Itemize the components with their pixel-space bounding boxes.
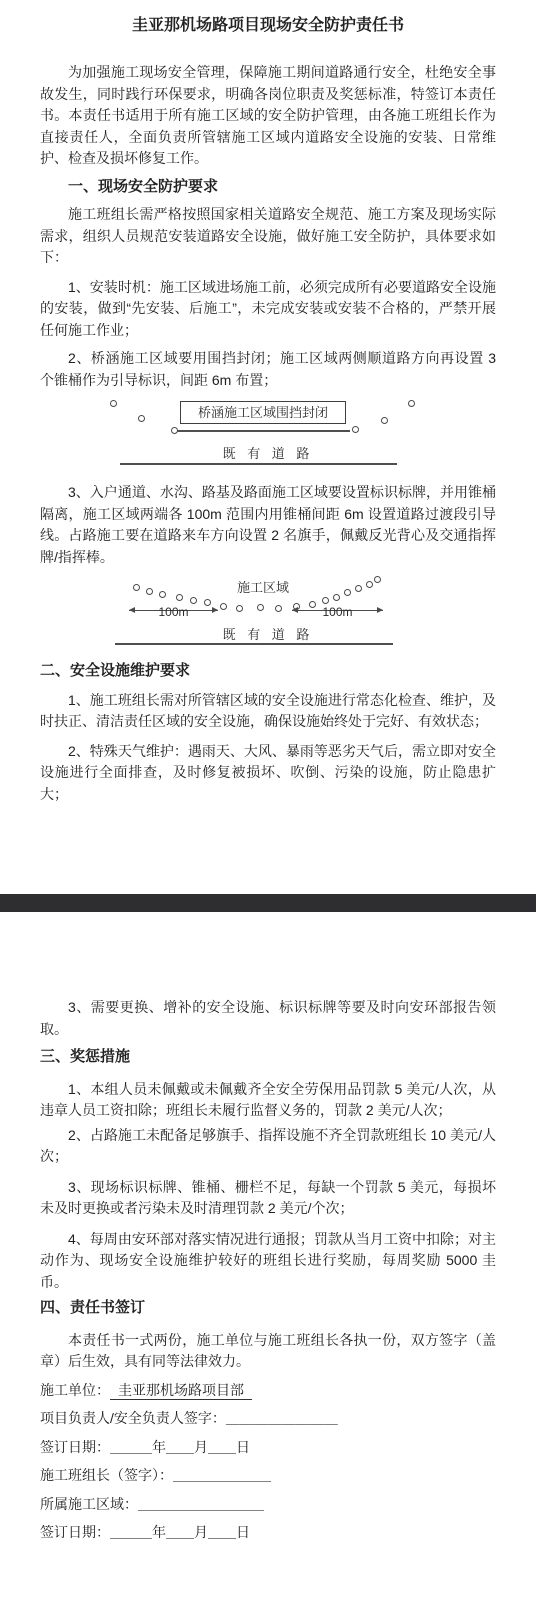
page-break-separator bbox=[0, 894, 536, 912]
traffic-cone-icon bbox=[333, 594, 340, 601]
section-4-heading: 四、责任书签订 bbox=[40, 1297, 496, 1319]
fence-baseline bbox=[177, 430, 350, 432]
traffic-cone-icon bbox=[110, 400, 117, 407]
manager-label: 项目负责人/安全负责人签字： bbox=[40, 1410, 226, 1426]
traffic-cone-icon bbox=[275, 605, 282, 612]
work-area-label: 施工区域 bbox=[237, 577, 289, 599]
section-4-intro: 本责任书一式两份，施工单位与施工班组长各执一份，双方签字（盖章）后生效，具有同等… bbox=[40, 1330, 496, 1373]
intro-paragraph: 为加强施工现场安全管理，保障施工期间道路通行安全，杜绝安全事故发生，同时践行环保… bbox=[40, 62, 496, 170]
date1-label: 签订日期： bbox=[40, 1439, 110, 1455]
section-3-heading: 三、奖惩措施 bbox=[40, 1046, 496, 1068]
traffic-cone-icon bbox=[352, 426, 359, 433]
signature-row-date-1: 签订日期：＿＿＿年＿＿月＿＿日 bbox=[40, 1437, 496, 1459]
signature-row-unit: 施工单位：圭亚那机场路项目部 bbox=[40, 1380, 496, 1402]
traffic-cone-icon bbox=[220, 603, 227, 610]
bridge-closure-diagram: 桥涵施工区域围挡封闭 既 有 道 路 bbox=[40, 391, 496, 471]
section-1-heading: 一、现场安全防护要求 bbox=[40, 176, 496, 198]
signature-row-date-2: 签订日期：＿＿＿年＿＿月＿＿日 bbox=[40, 1522, 496, 1544]
leader-label: 施工班组长（签字）： bbox=[40, 1467, 173, 1483]
traffic-cone-icon bbox=[146, 588, 153, 595]
section-1-item-2: 2、桥涵施工区域要用围挡封闭；施工区域两侧顺道路方向再设置 3 个锥桶作为引导标… bbox=[40, 348, 496, 391]
signature-row-area: 所属施工区域：＿＿＿＿＿＿＿＿＿ bbox=[40, 1494, 496, 1516]
existing-road-line bbox=[115, 643, 393, 645]
leader-blank: ＿＿＿＿＿＿＿ bbox=[173, 1467, 271, 1483]
existing-road-label: 既 有 道 路 bbox=[40, 443, 496, 465]
section-3-item-1: 1、本组人员未佩戴或未佩戴齐全安全劳保用品罚款 5 美元/人次，从违章人员工资扣… bbox=[40, 1079, 496, 1122]
traffic-cone-icon bbox=[138, 415, 145, 422]
area-label: 所属施工区域： bbox=[40, 1496, 138, 1512]
unit-value: 圭亚那机场路项目部 bbox=[110, 1382, 252, 1400]
unit-label: 施工单位： bbox=[40, 1382, 110, 1398]
section-2-heading: 二、安全设施维护要求 bbox=[40, 660, 496, 682]
right-distance-label: 100m bbox=[292, 602, 383, 624]
date1-blank: ＿＿＿年＿＿月＿＿日 bbox=[110, 1439, 250, 1455]
document-title: 圭亚那机场路项目现场安全防护责任书 bbox=[40, 14, 496, 38]
section-3-item-3: 3、现场标识标牌、锥桶、栅栏不足，每缺一个罚款 5 美元，每损坏未及时更换或者污… bbox=[40, 1177, 496, 1220]
area-blank: ＿＿＿＿＿＿＿＿＿ bbox=[138, 1496, 264, 1512]
section-2-item-3: 3、需要更换、增补的安全设施、标识标牌等要及时向安环部报告领取。 bbox=[40, 997, 496, 1040]
traffic-cone-icon bbox=[133, 584, 140, 591]
section-3-item-4: 4、每周由安环部对落实情况进行通报；罚款从当月工资中扣除；对主动作为、现场安全设… bbox=[40, 1229, 496, 1294]
signature-row-manager: 项目负责人/安全负责人签字：＿＿＿＿＿＿＿＿ bbox=[40, 1408, 496, 1430]
signature-row-leader: 施工班组长（签字）：＿＿＿＿＿＿＿ bbox=[40, 1465, 496, 1487]
traffic-cone-icon bbox=[374, 576, 381, 583]
section-2-item-2: 2、特殊天气维护：遇雨天、大风、暴雨等恶劣天气后，需立即对安全设施进行全面排查，… bbox=[40, 741, 496, 806]
section-3-item-2: 2、占路施工未配备足够旗手、指挥设施不齐全罚款班组长 10 美元/人次； bbox=[40, 1125, 496, 1168]
traffic-cone-icon bbox=[176, 594, 183, 601]
traffic-cone-icon bbox=[408, 400, 415, 407]
manager-blank: ＿＿＿＿＿＿＿＿ bbox=[226, 1410, 338, 1426]
section-1-intro: 施工班组长需严格按照国家相关道路安全规范、施工方案及现场实际需求，组织人员规范安… bbox=[40, 204, 496, 269]
traffic-cone-icon bbox=[159, 591, 166, 598]
traffic-cone-icon bbox=[344, 589, 351, 596]
cone-taper-diagram: 施工区域 100m 100m 既 有 道 路 bbox=[40, 571, 496, 647]
section-1-item-3: 3、入户通道、水沟、路基及路面施工区域要设置标识标牌，并用锥桶隔离，施工区域两端… bbox=[40, 482, 496, 568]
traffic-cone-icon bbox=[381, 417, 388, 424]
date2-blank: ＿＿＿年＿＿月＿＿日 bbox=[110, 1524, 250, 1540]
fence-box-label: 桥涵施工区域围挡封闭 bbox=[180, 401, 346, 424]
date2-label: 签订日期： bbox=[40, 1524, 110, 1540]
traffic-cone-icon bbox=[236, 605, 243, 612]
traffic-cone-icon bbox=[366, 581, 373, 588]
existing-road-line bbox=[120, 463, 397, 465]
section-1-item-1: 1、安装时机：施工区域进场施工前，必须完成所有必要道路安全设施的安装，做到“先安… bbox=[40, 277, 496, 342]
left-distance-label: 100m bbox=[129, 602, 218, 624]
section-2-item-1: 1、施工班组长需对所管辖区域的安全设施进行常态化检查、维护，及时扶正、清洁责任区… bbox=[40, 690, 496, 733]
traffic-cone-icon bbox=[257, 604, 264, 611]
traffic-cone-icon bbox=[355, 585, 362, 592]
